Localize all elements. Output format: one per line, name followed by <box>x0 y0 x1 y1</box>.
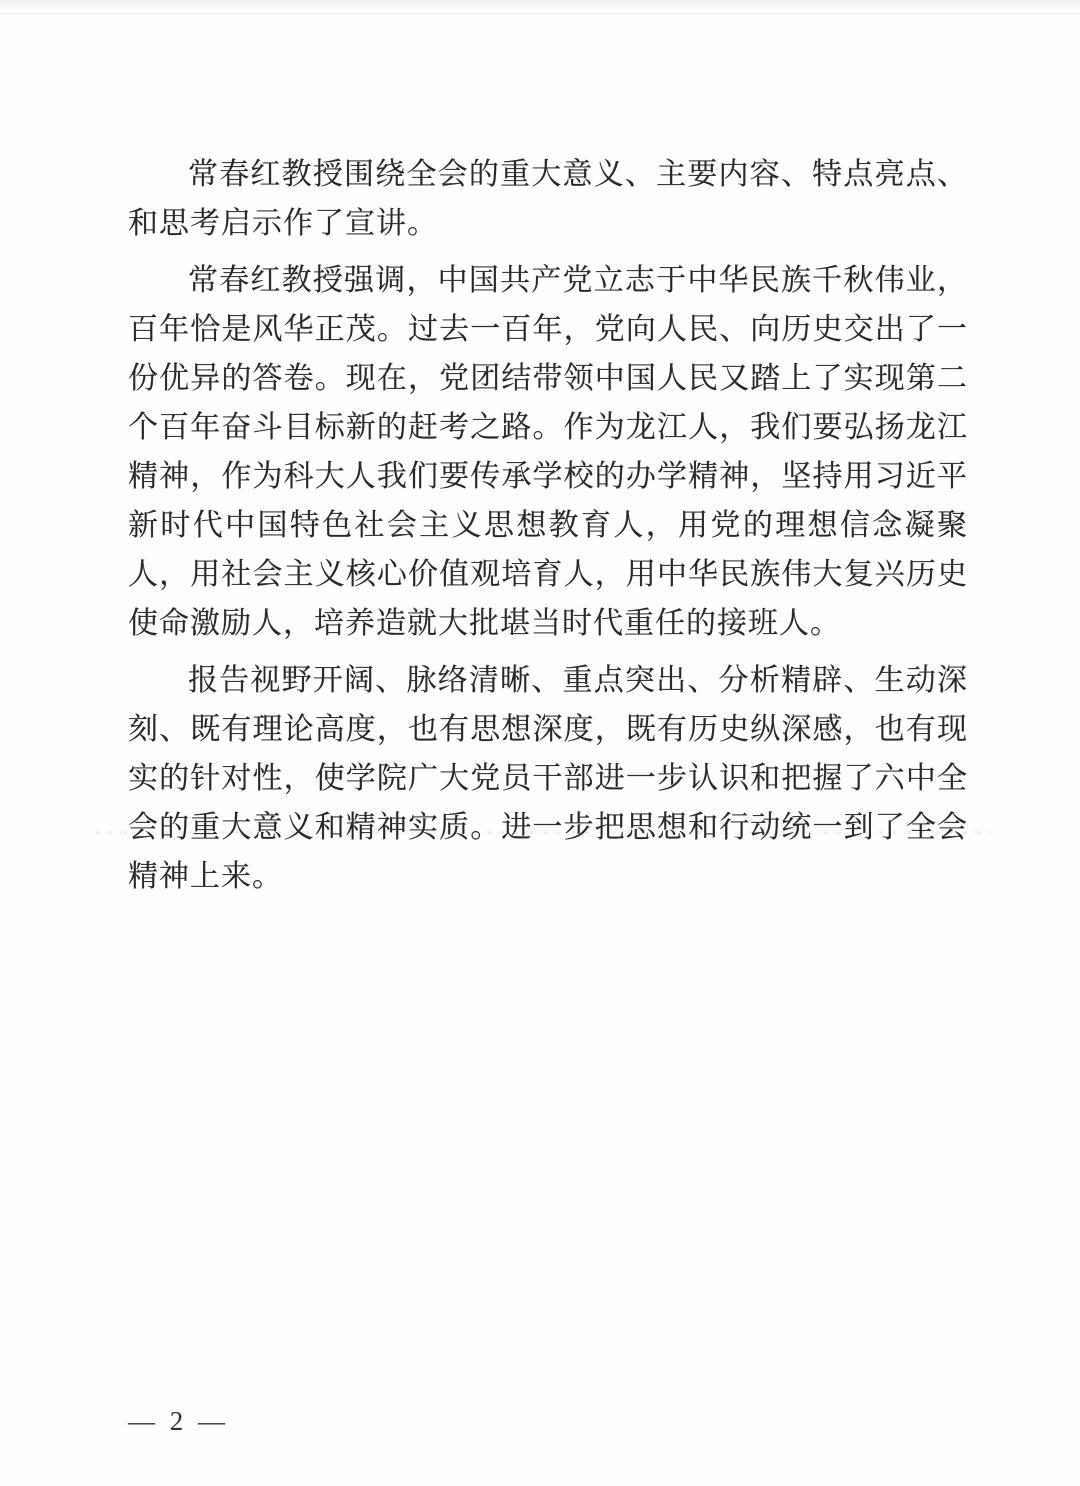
paragraph-3: 报告视野开阔、脉络清晰、重点突出、分析精辟、生动深刻、既有理论高度，也有思想深度… <box>128 656 968 901</box>
document-body: 常春红教授围绕全会的重大意义、主要内容、特点亮点、和思考启示作了宣讲。 常春红教… <box>128 150 968 909</box>
paragraph-2: 常春红教授强调，中国共产党立志于中华民族千秋伟业，百年恰是风华正茂。过去一百年，… <box>128 256 968 648</box>
scan-edge-artifact <box>0 0 1080 14</box>
document-page: 常春红教授围绕全会的重大意义、主要内容、特点亮点、和思考启示作了宣讲。 常春红教… <box>0 0 1080 1486</box>
scan-speckle-artifact <box>96 831 992 834</box>
paragraph-1: 常春红教授围绕全会的重大意义、主要内容、特点亮点、和思考启示作了宣讲。 <box>128 150 968 248</box>
page-number: — 2 — <box>128 1406 229 1437</box>
